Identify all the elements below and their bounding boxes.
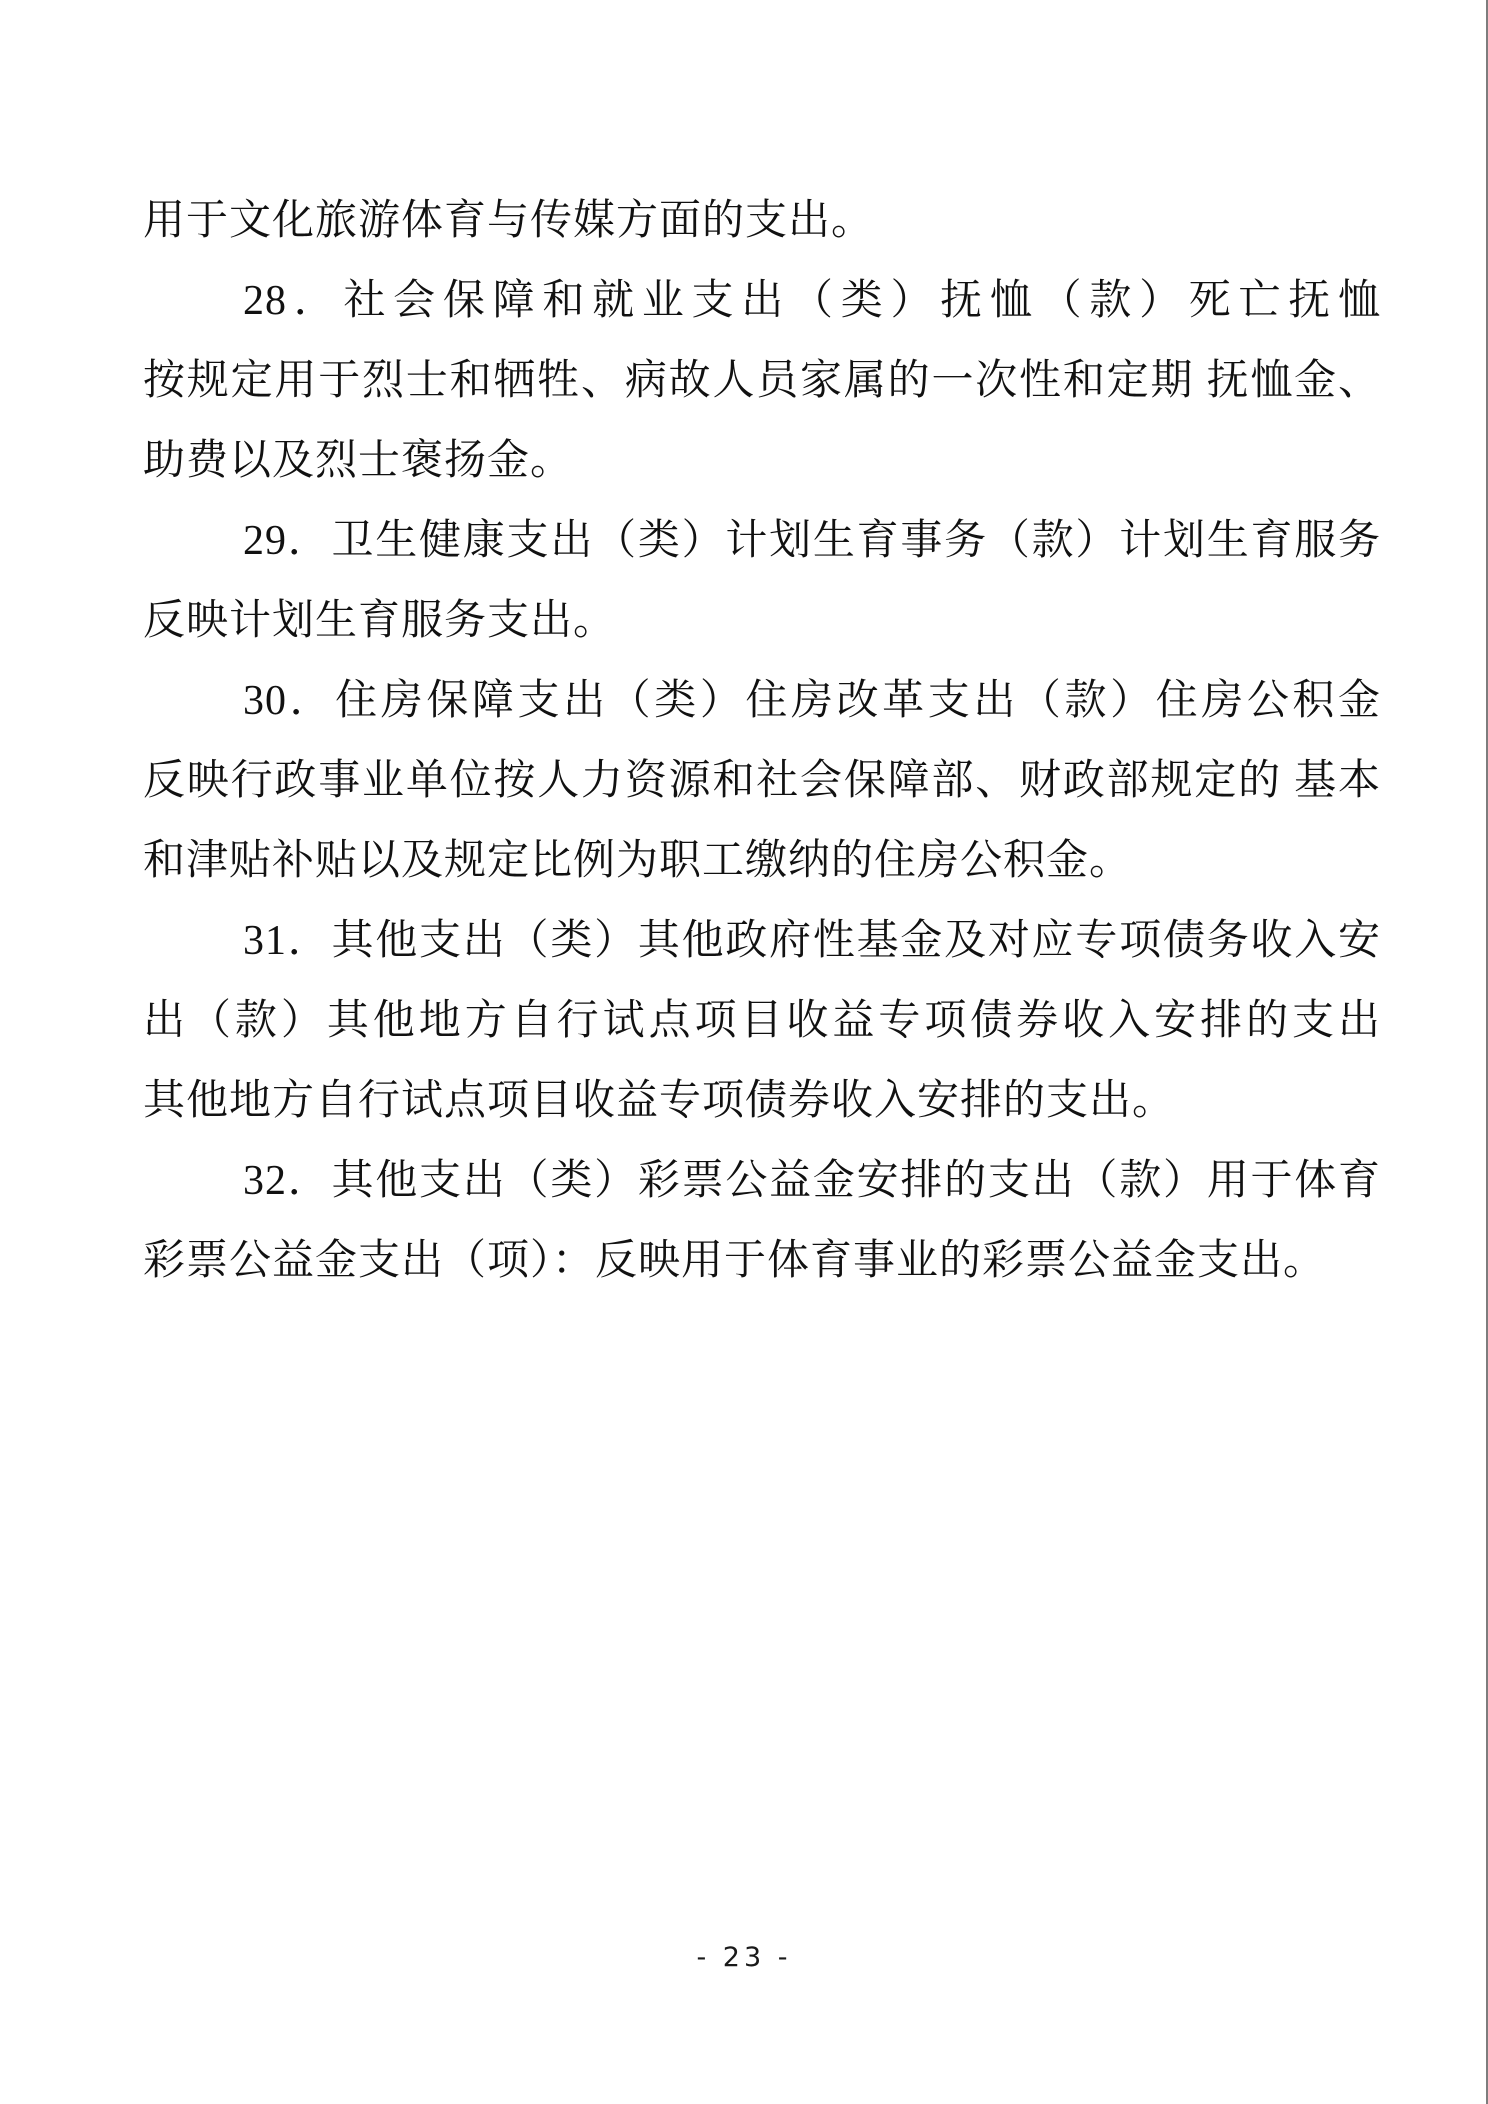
document-body: 用于文化旅游体育与传媒方面的支出。 28．社会保障和就业支出（类）抚恤（款）死亡… [143,181,1381,1301]
page-number: - 23 - [0,1942,1488,1973]
text-line: 29．卫生健康支出（类）计划生育事务（款）计划生育服务（项）： [143,501,1381,581]
paragraph-item-31: 31．其他支出（类）其他政府性基金及对应专项债务收入安排的支 出（款）其他地方自… [143,901,1381,1141]
text-line: 和津贴补贴以及规定比例为职工缴纳的住房公积金。 [143,821,1381,901]
paragraph-continuation: 用于文化旅游体育与传媒方面的支出。 [143,181,1381,261]
text-line: 30．住房保障支出（类）住房改革支出（款）住房公积金（项）： [143,661,1381,741]
text-line: 32．其他支出（类）彩票公益金安排的支出（款）用于体育事业的 [143,1141,1381,1221]
text-line: 助费以及烈士褒扬金。 [143,421,1381,501]
text-line: 反映行政事业单位按人力资源和社会保障部、财政部规定的 基本工资 [143,741,1381,821]
paragraph-item-30: 30．住房保障支出（类）住房改革支出（款）住房公积金（项）： 反映行政事业单位按… [143,661,1381,901]
text-line: 28．社会保障和就业支出（类）抚恤（款）死亡抚恤（项）：反映 [143,261,1381,341]
document-page: 用于文化旅游体育与传媒方面的支出。 28．社会保障和就业支出（类）抚恤（款）死亡… [0,0,1488,2104]
paragraph-item-28: 28．社会保障和就业支出（类）抚恤（款）死亡抚恤（项）：反映 按规定用于烈士和牺… [143,261,1381,501]
text-line: 出（款）其他地方自行试点项目收益专项债券收入安排的支出（项）： [143,981,1381,1061]
text-line: 彩票公益金支出（项）：反映用于体育事业的彩票公益金支出。 [143,1221,1381,1301]
text-line: 用于文化旅游体育与传媒方面的支出。 [143,181,1381,261]
text-line: 反映计划生育服务支出。 [143,581,1381,661]
paragraph-item-32: 32．其他支出（类）彩票公益金安排的支出（款）用于体育事业的 彩票公益金支出（项… [143,1141,1381,1301]
paragraph-item-29: 29．卫生健康支出（类）计划生育事务（款）计划生育服务（项）： 反映计划生育服务… [143,501,1381,661]
text-line: 按规定用于烈士和牺牲、病故人员家属的一次性和定期 抚恤金、丧葬补 [143,341,1381,421]
text-line: 31．其他支出（类）其他政府性基金及对应专项债务收入安排的支 [143,901,1381,981]
text-line: 其他地方自行试点项目收益专项债券收入安排的支出。 [143,1061,1381,1141]
